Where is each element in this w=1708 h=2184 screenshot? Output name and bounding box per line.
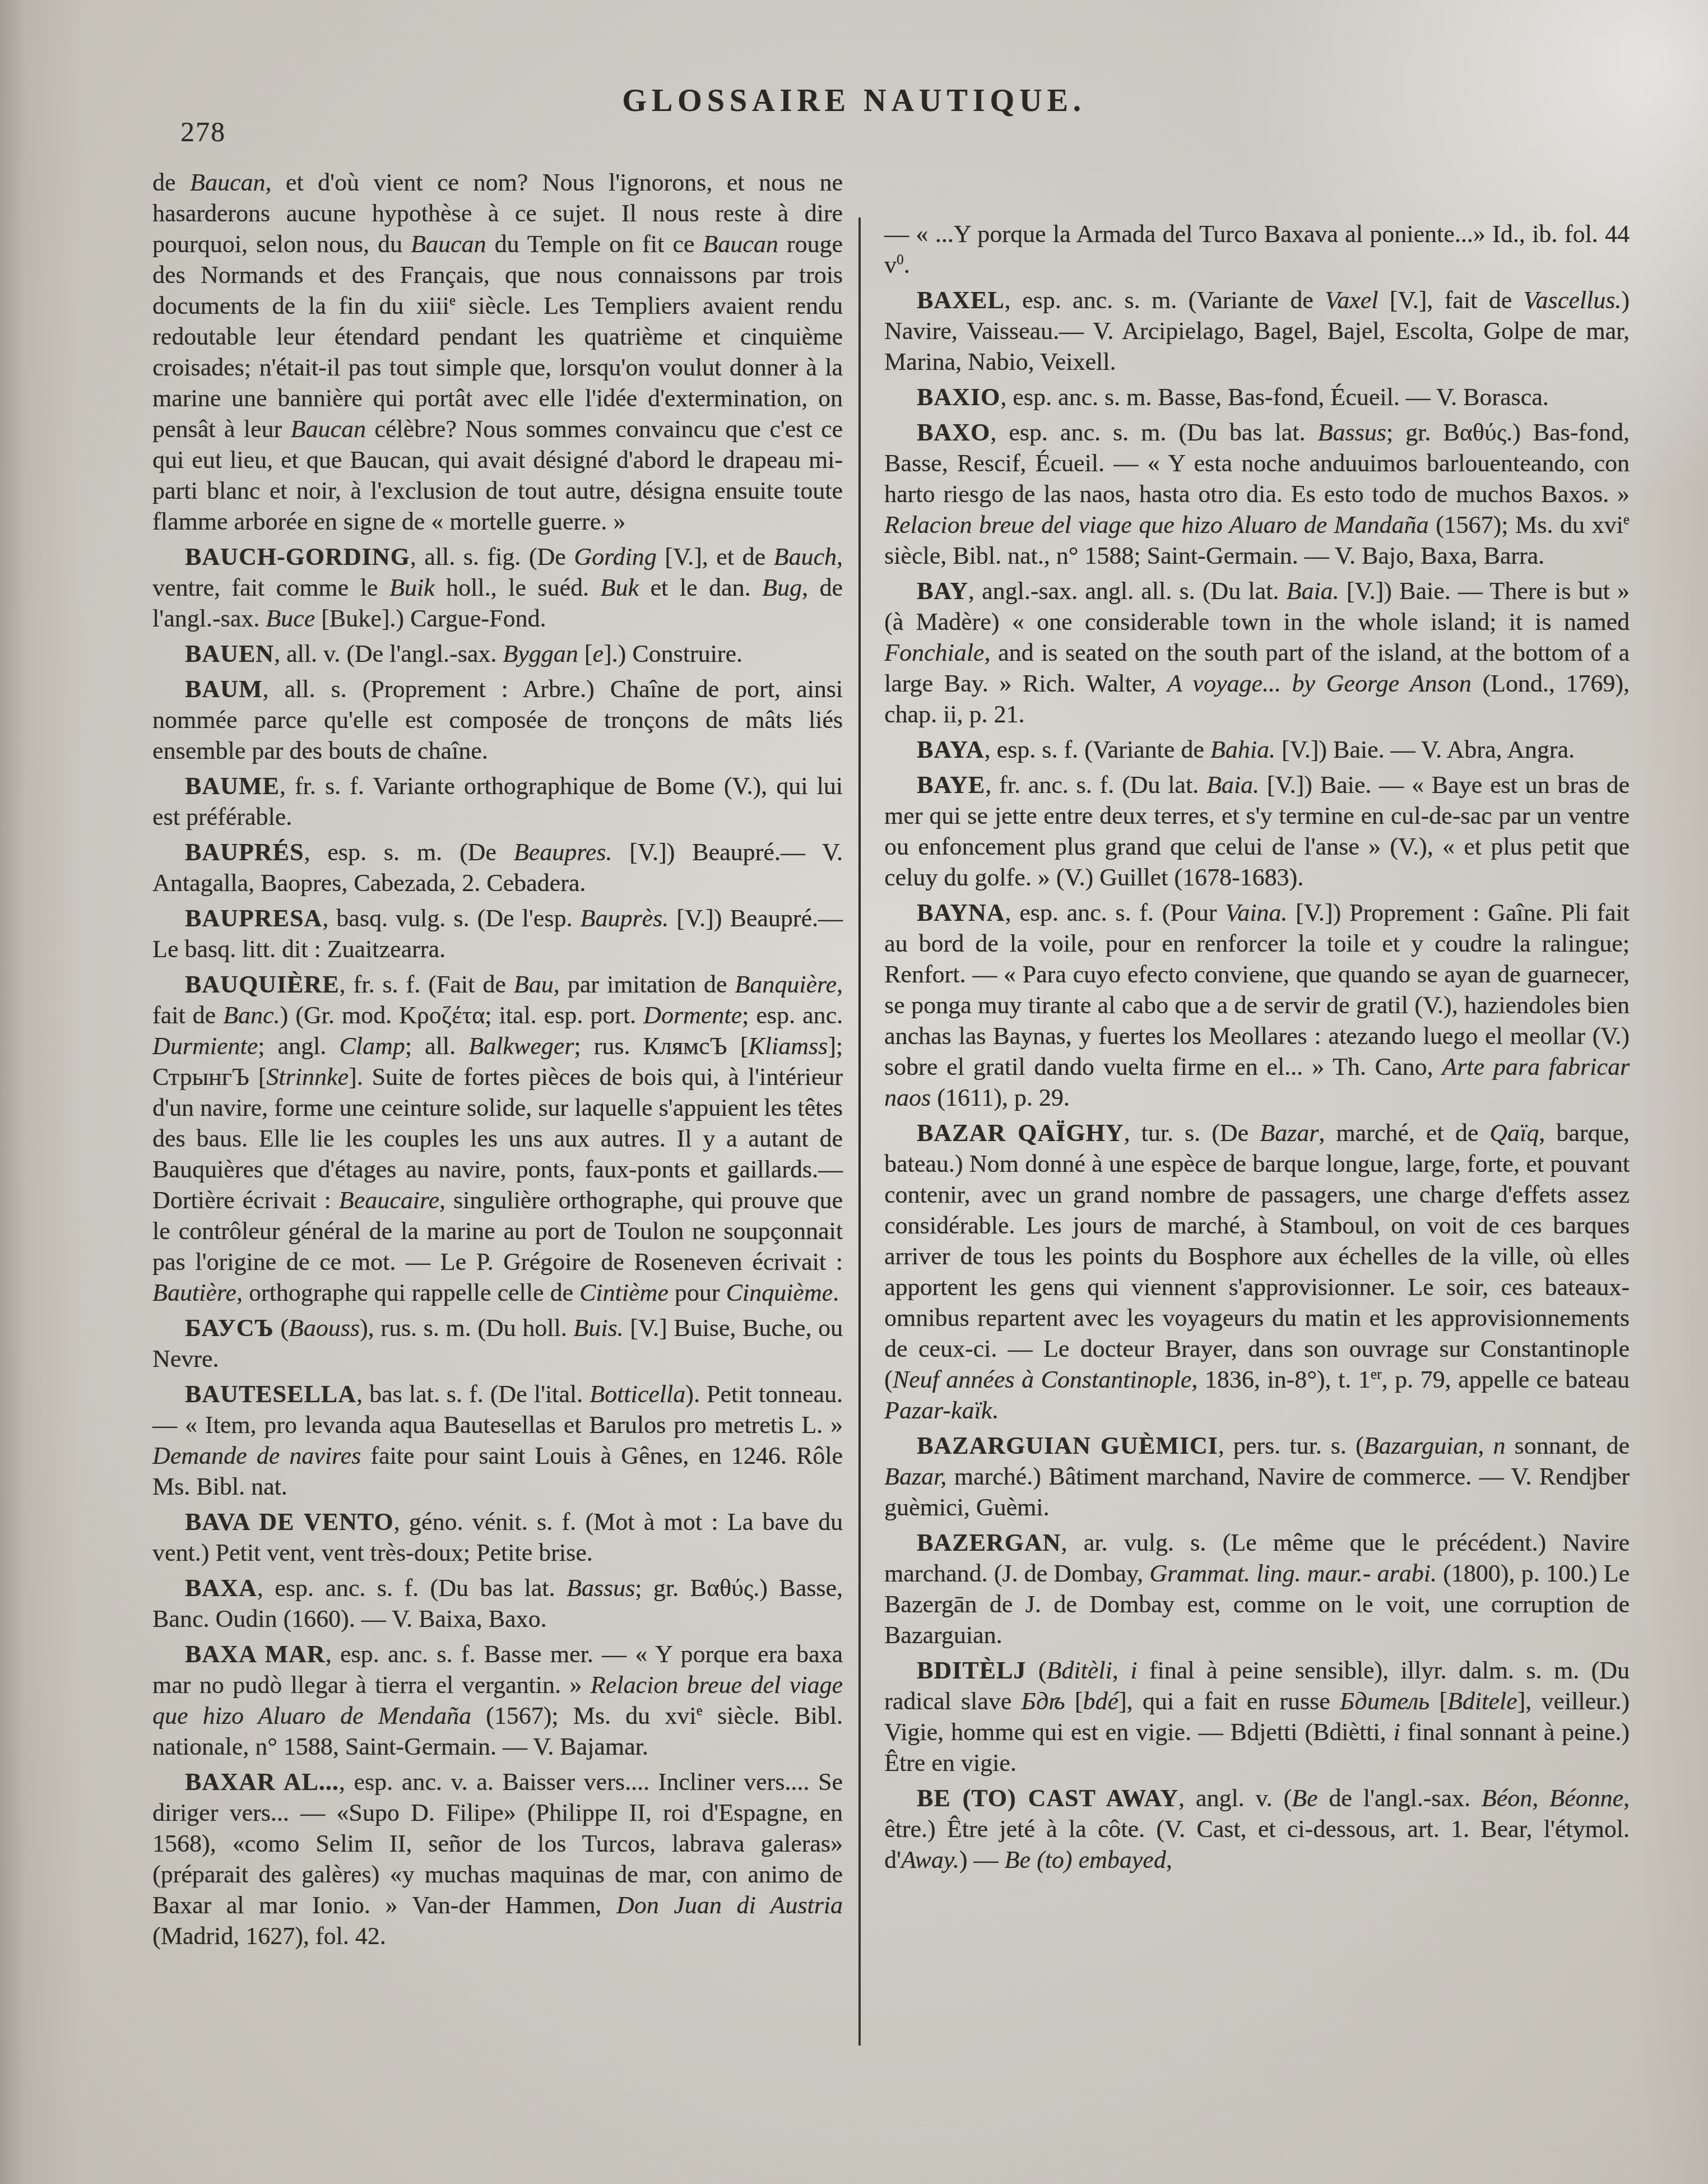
entry-headword: BAUCH-GORDING	[185, 543, 410, 571]
dictionary-entry: BDITÈLJ (Bditèli, i final à peine sensib…	[884, 1655, 1630, 1778]
dictionary-entry: BAXA MAR, esp. anc. s. f. Basse mer. — «…	[152, 1639, 843, 1762]
dictionary-entry: BAUPRÉS, esp. s. m. (De Beaupres. [V.]) …	[152, 837, 843, 898]
dictionary-entry: BAUPRESA, basq. vulg. s. (De l'esp. Baup…	[152, 903, 843, 965]
dictionary-entry: BAZAR QAÏGHY, tur. s. (De Bazar, marché,…	[884, 1117, 1630, 1426]
entry-text: , all. v. (De l'angl.-sax. Byggan [e].) …	[274, 640, 742, 667]
entry-headword: BAUEN	[185, 640, 274, 667]
dictionary-entry: BAYA, esp. s. f. (Variante de Bahia. [V.…	[884, 734, 1630, 765]
entry-headword: BAUQUIÈRE	[185, 971, 340, 998]
dictionary-entry: BAZERGAN, ar. vulg. s. (Le même que le p…	[884, 1527, 1630, 1650]
entry-text: , esp. anc. s. m. Basse, Bas-fond, Écuei…	[1000, 383, 1548, 411]
entry-headword: BAUME	[185, 772, 280, 800]
dictionary-entry: BAXEL, esp. anc. s. m. (Variante de Vaxe…	[884, 285, 1630, 377]
entry-headword: BAYNA	[917, 899, 1005, 926]
dictionary-entry: BAXA, esp. anc. s. f. (Du bas lat. Bassu…	[152, 1573, 843, 1634]
entry-text: de Baucan, et d'où vient ce nom? Nous l'…	[152, 169, 843, 535]
dictionary-entry: de Baucan, et d'où vient ce nom? Nous l'…	[152, 167, 843, 537]
page-number: 278	[180, 115, 226, 148]
dictionary-entry: BAVA DE VENTO, géno. vénit. s. f. (Mot à…	[152, 1506, 843, 1568]
dictionary-entry: BAUME, fr. s. f. Variante orthographique…	[152, 771, 843, 832]
entry-headword: BAVA DE VENTO	[185, 1508, 394, 1536]
entry-headword: BAXA MAR	[185, 1640, 326, 1668]
entry-text: , angl.-sax. angl. all. s. (Du lat. Baia…	[884, 577, 1630, 728]
right-column: — « ...Y porque la Armada del Turco Baxa…	[884, 219, 1630, 1880]
dictionary-entry: BAYE, fr. anc. s. f. (Du lat. Baia. [V.]…	[884, 769, 1630, 893]
dictionary-entry: BAUCH-GORDING, all. s. fig. (De Gording …	[152, 541, 843, 634]
entry-headword: BAUM	[185, 675, 262, 703]
dictionary-entry: BAUQUIÈRE, fr. s. f. (Fait de Bau, par i…	[152, 969, 843, 1308]
entry-headword: BAUTESELLA	[185, 1380, 356, 1408]
entry-text: , esp. anc. s. f. (Pour Vaina. [V.]) Pro…	[884, 899, 1630, 1111]
left-column: de Baucan, et d'où vient ce nom? Nous l'…	[152, 167, 843, 1956]
entry-text: , fr. s. f. (Fait de Bau, par imitation …	[152, 971, 843, 1306]
entry-text: , esp. s. f. (Variante de Bahia. [V.]) B…	[985, 736, 1575, 763]
entry-headword: BAZERGAN	[917, 1529, 1061, 1556]
dictionary-entry: BAXAR AL..., esp. anc. v. a. Baisser ver…	[152, 1766, 843, 1951]
dictionary-entry: BAXO, esp. anc. s. m. (Du bas lat. Bassu…	[884, 417, 1630, 571]
dictionary-entry: BAXIO, esp. anc. s. m. Basse, Bas-fond, …	[884, 382, 1630, 412]
dictionary-entry: БАУСЪ (Baouss), rus. s. m. (Du holl. Bui…	[152, 1313, 843, 1374]
dictionary-entry: BAZARGUIAN GUÈMICI, pers. tur. s. (Bazar…	[884, 1430, 1630, 1523]
entry-text: , fr. anc. s. f. (Du lat. Baia. [V.]) Ba…	[884, 771, 1630, 891]
dictionary-entry: BAUTESELLA, bas lat. s. f. (De l'ital. B…	[152, 1379, 843, 1502]
entry-headword: БАУСЪ	[185, 1314, 274, 1342]
entry-headword: BAXA	[185, 1574, 257, 1602]
entry-headword: BAXAR AL...	[185, 1768, 339, 1796]
entry-text: , tur. s. (De Bazar, marché, et de Qaïq,…	[884, 1119, 1630, 1424]
entry-headword: BDITÈLJ	[917, 1657, 1026, 1684]
book-page: GLOSSAIRE NAUTIQUE. 278 de Baucan, et d'…	[0, 0, 1708, 2184]
entry-text: — « ...Y porque la Armada del Turco Baxa…	[884, 220, 1630, 279]
dictionary-entry: BAY, angl.-sax. angl. all. s. (Du lat. B…	[884, 576, 1630, 730]
entry-headword: BAYA	[917, 736, 985, 763]
entry-headword: BAZARGUIAN GUÈMICI	[917, 1432, 1218, 1459]
entry-headword: BAY	[917, 577, 968, 605]
entry-headword: BAXIO	[917, 383, 1000, 411]
column-divider-rule	[858, 217, 861, 2046]
dictionary-entry: BE (TO) CAST AWAY, angl. v. (Be de l'ang…	[884, 1783, 1630, 1875]
entry-headword: BAUPRESA	[185, 905, 322, 932]
entry-headword: BAZAR QAÏGHY	[917, 1119, 1124, 1147]
entry-text: , esp. anc. s. m. (Du bas lat. Bassus; g…	[884, 419, 1630, 569]
running-title: GLOSSAIRE NAUTIQUE.	[0, 83, 1708, 119]
entry-headword: BE (TO) CAST AWAY	[917, 1784, 1178, 1812]
entry-headword: BAXEL	[917, 286, 1005, 314]
entry-headword: BAUPRÉS	[185, 838, 304, 866]
entry-headword: BAYE	[917, 771, 985, 799]
dictionary-entry: — « ...Y porque la Armada del Turco Baxa…	[884, 219, 1630, 280]
dictionary-entry: BAUEN, all. v. (De l'angl.-sax. Byggan […	[152, 638, 843, 669]
dictionary-entry: BAYNA, esp. anc. s. f. (Pour Vaina. [V.]…	[884, 897, 1630, 1113]
dictionary-entry: BAUM, all. s. (Proprement : Arbre.) Chaî…	[152, 674, 843, 766]
entry-headword: BAXO	[917, 419, 990, 446]
